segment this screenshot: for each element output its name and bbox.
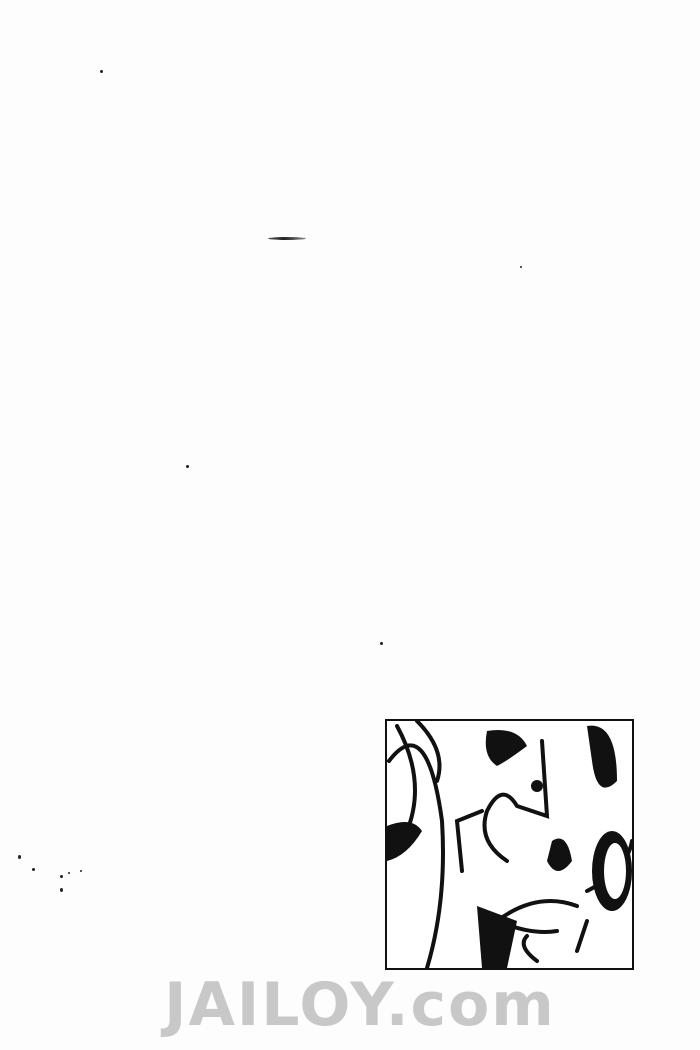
ink-speck xyxy=(60,875,63,878)
ink-speck xyxy=(80,870,82,872)
ink-speck xyxy=(186,465,189,468)
illustration-panel xyxy=(385,719,634,970)
ink-speck xyxy=(18,855,21,859)
ink-speck xyxy=(68,872,70,874)
ink-speck xyxy=(100,70,103,73)
ink-stroke xyxy=(268,237,306,240)
ink-speck xyxy=(32,868,35,871)
panel-artwork xyxy=(387,721,632,968)
ink-speck xyxy=(520,266,522,268)
ink-speck xyxy=(380,642,383,645)
watermark: JAILOY.com xyxy=(140,970,580,1040)
ink-speck xyxy=(60,888,63,892)
